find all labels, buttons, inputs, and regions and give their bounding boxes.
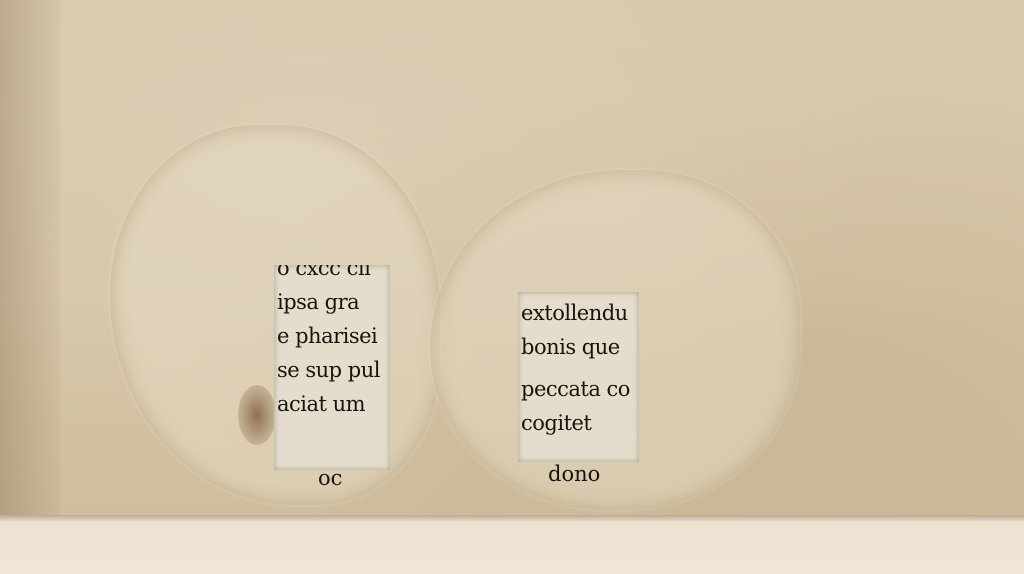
text-line: e pharisei (277, 319, 390, 353)
text-line: se sup pul (277, 353, 390, 387)
text-line: aciat um (277, 387, 390, 421)
page-edge (0, 515, 1024, 574)
text-line: extollendu (521, 296, 639, 330)
manuscript-window-right: extollendu bonis que peccata co cogitet (518, 292, 639, 462)
text-line: bonis que (521, 330, 639, 364)
text-line: ipsa gra (277, 285, 390, 319)
paper-cover: o cxcc cii ipsa gra e pharisei se sup pu… (0, 0, 1024, 515)
text-fragment: dono (548, 462, 600, 486)
text-fragment: oc (318, 466, 342, 490)
text-line: peccata co (521, 372, 639, 406)
manuscript-window-left: o cxcc cii ipsa gra e pharisei se sup pu… (274, 265, 390, 470)
spine-shadow (0, 0, 60, 515)
brown-stain (238, 385, 276, 445)
text-line: cogitet (521, 406, 639, 440)
text-line: o cxcc cii (277, 265, 390, 285)
